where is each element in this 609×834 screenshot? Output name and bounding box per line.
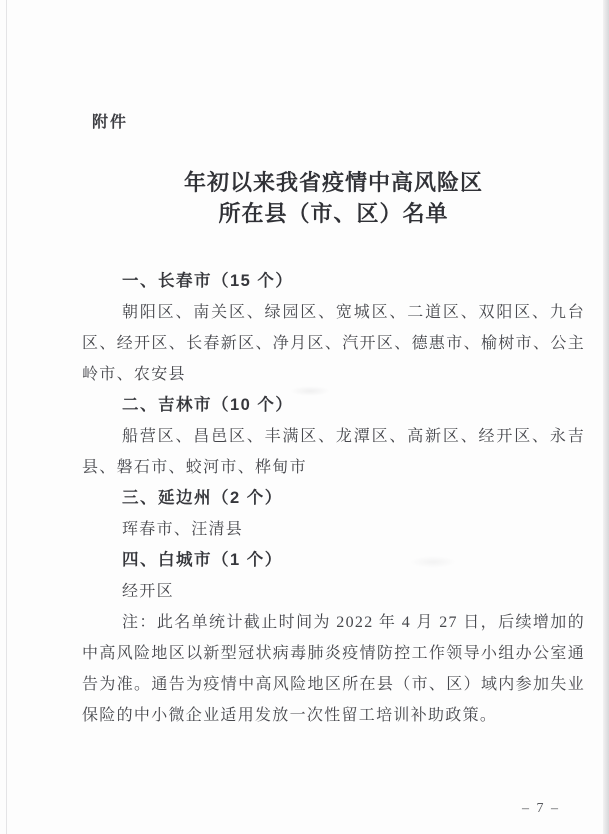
section-body-jilin: 船营区、昌邑区、丰满区、龙潭区、高新区、经开区、永吉县、磐石市、蛟河市、桦甸市 (82, 421, 585, 483)
scanned-document-page: 附件 年初以来我省疫情中高风险区 所在县（市、区）名单 一、长春市（15 个） … (0, 0, 609, 834)
scan-right-edge-strip (603, 0, 609, 834)
section-heading-jilin: 二、吉林市（10 个） (82, 390, 585, 421)
page-number: – 7 – (522, 799, 560, 819)
section-heading-baicheng: 四、白城市（1 个） (82, 545, 585, 576)
section-body-changchun: 朝阳区、南关区、绿园区、宽城区、二道区、双阳区、九台区、经开区、长春新区、净月区… (82, 297, 585, 390)
section-body-yanbian: 珲春市、汪清县 (82, 514, 585, 545)
document-title-line1: 年初以来我省疫情中高风险区 (82, 167, 585, 198)
section-heading-yanbian: 三、延边州（2 个） (82, 483, 585, 514)
document-body: 一、长春市（15 个） 朝阳区、南关区、绿园区、宽城区、二道区、双阳区、九台区、… (82, 266, 585, 731)
note-paragraph: 注：此名单统计截止时间为 2022 年 4 月 27 日，后续增加的中高风险地区… (82, 607, 585, 731)
scan-left-edge-line (6, 0, 7, 834)
section-heading-changchun: 一、长春市（15 个） (82, 266, 585, 297)
section-body-baicheng: 经开区 (82, 576, 585, 607)
attachment-label: 附件 (92, 107, 128, 138)
document-title-line2: 所在县（市、区）名单 (82, 198, 585, 229)
document-title: 年初以来我省疫情中高风险区 所在县（市、区）名单 (82, 167, 585, 229)
